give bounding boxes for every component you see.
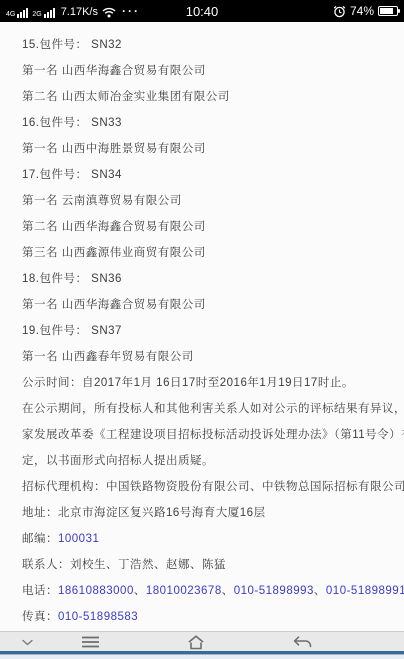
window-edge-strip bbox=[0, 654, 404, 659]
doc-line: 第一名 山西华海鑫合贸易有限公司 bbox=[22, 58, 404, 84]
doc-text: 、 bbox=[134, 585, 146, 597]
doc-line: 18.包件号： SN36 bbox=[22, 266, 404, 292]
signal-bars-icon: 2G bbox=[32, 8, 54, 18]
doc-text: 17.包件号： SN34 bbox=[22, 169, 122, 181]
doc-text: 、 bbox=[222, 585, 234, 597]
battery-percent-label: 74% bbox=[350, 4, 374, 18]
doc-text: 第一名 山西中海胜景贸易有限公司 bbox=[22, 143, 206, 155]
doc-text: 在公示期间，所有投标人和其他利害关系人如对公示的评标结果有异议，可按照国 bbox=[22, 403, 404, 415]
doc-line: 第一名 山西华海鑫合贸易有限公司 bbox=[22, 292, 404, 318]
doc-text: 招标代理机构：中国铁路物资股份有限公司、中铁物总国际招标有限公司 bbox=[22, 481, 404, 493]
doc-text: 第一名 山西鑫春年贸易有限公司 bbox=[22, 351, 194, 363]
doc-text: 第二名 山西华海鑫合贸易有限公司 bbox=[22, 221, 206, 233]
doc-text: 第二名 山西太师冶金实业集团有限公司 bbox=[22, 91, 230, 103]
doc-text: 19.包件号： SN37 bbox=[22, 325, 122, 337]
doc-text: 家发展改革委《工程建设项目招标投标活动投诉处理办法》（第11号令）有关规 bbox=[22, 429, 404, 441]
status-right: 74% bbox=[333, 4, 404, 18]
home-icon[interactable] bbox=[184, 632, 208, 652]
doc-text: 邮编： bbox=[22, 533, 58, 545]
browser-nav-bar bbox=[0, 631, 404, 651]
doc-line: 第一名 云南滇尊贸易有限公司 bbox=[22, 188, 404, 214]
collapse-chevron-icon[interactable] bbox=[18, 632, 36, 652]
menu-icon[interactable] bbox=[78, 632, 102, 652]
sim2-network-label: 2G bbox=[32, 11, 41, 18]
doc-text: 第一名 山西华海鑫合贸易有限公司 bbox=[22, 65, 206, 77]
status-left: 4G 2G 7.17K/s ··· bbox=[0, 4, 333, 18]
doc-line: 传真：010-51898583 bbox=[22, 604, 404, 630]
doc-text: 第一名 云南滇尊贸易有限公司 bbox=[22, 195, 182, 207]
doc-text: 传真： bbox=[22, 611, 58, 623]
doc-text: 16.包件号： SN33 bbox=[22, 117, 122, 129]
doc-text: 第三名 山西鑫源伟业商贸有限公司 bbox=[22, 247, 206, 259]
doc-line: 第二名 山西太师冶金实业集团有限公司 bbox=[22, 84, 404, 110]
doc-line: 地址：北京市海淀区复兴路16号海育大厦16层 bbox=[22, 500, 404, 526]
doc-text: 电话： bbox=[22, 585, 58, 597]
doc-text: 18.包件号： SN36 bbox=[22, 273, 122, 285]
battery-icon bbox=[378, 6, 398, 16]
network-speed-label: 7.17K/s bbox=[61, 6, 98, 18]
phone-link[interactable]: 18010023678 bbox=[146, 585, 222, 597]
doc-line: 邮编：100031 bbox=[22, 526, 404, 552]
status-bar: 4G 2G 7.17K/s ··· 10:40 bbox=[0, 0, 404, 22]
doc-text: 地址：北京市海淀区复兴路16号海育大厦16层 bbox=[22, 507, 266, 519]
doc-line: 第一名 山西鑫春年贸易有限公司 bbox=[22, 344, 404, 370]
doc-line: 第一名 山西中海胜景贸易有限公司 bbox=[22, 136, 404, 162]
doc-line: 电话：18610883000、18010023678、010-51898993、… bbox=[22, 578, 404, 604]
fax-link[interactable]: 010-51898583 bbox=[58, 611, 138, 623]
doc-line: 定，以书面形式向招标人提出质疑。 bbox=[22, 448, 404, 474]
phone-link[interactable]: 18610883000 bbox=[58, 585, 134, 597]
doc-line: 在公示期间，所有投标人和其他利害关系人如对公示的评标结果有异议，可按照国 bbox=[22, 396, 404, 422]
doc-line: 家发展改革委《工程建设项目招标投标活动投诉处理办法》（第11号令）有关规 bbox=[22, 422, 404, 448]
doc-text: 15.包件号： SN32 bbox=[22, 39, 122, 51]
postal-code-link[interactable]: 100031 bbox=[58, 533, 99, 545]
doc-text: 公示时间：自2017年1月 16日17时至2016年1月19日17时止。 bbox=[22, 377, 354, 389]
doc-line: 公示时间：自2017年1月 16日17时至2016年1月19日17时止。 bbox=[22, 370, 404, 396]
doc-text: 定，以书面形式向招标人提出质疑。 bbox=[22, 455, 214, 467]
doc-line: 第三名 山西鑫源伟业商贸有限公司 bbox=[22, 240, 404, 266]
doc-line: 第二名 山西华海鑫合贸易有限公司 bbox=[22, 214, 404, 240]
doc-line: 联系人：刘校生、丁浩然、赵娜、陈猛 bbox=[22, 552, 404, 578]
doc-text: 第一名 山西华海鑫合贸易有限公司 bbox=[22, 299, 206, 311]
doc-line: 17.包件号： SN34 bbox=[22, 162, 404, 188]
doc-line: 15.包件号： SN32 bbox=[22, 32, 404, 58]
doc-text: 、 bbox=[314, 585, 326, 597]
signal-bars-icon: 4G bbox=[6, 8, 28, 18]
wifi-icon bbox=[102, 7, 116, 18]
notification-overflow-icon: ··· bbox=[122, 4, 140, 18]
alarm-clock-icon bbox=[333, 5, 346, 18]
sim1-network-label: 4G bbox=[6, 11, 15, 18]
document-view: 15.包件号： SN32第一名 山西华海鑫合贸易有限公司第二名 山西太师冶金实业… bbox=[0, 22, 404, 631]
back-icon[interactable] bbox=[290, 632, 314, 652]
doc-text: 联系人：刘校生、丁浩然、赵娜、陈猛 bbox=[22, 559, 226, 571]
doc-line: 19.包件号： SN37 bbox=[22, 318, 404, 344]
doc-line: 16.包件号： SN33 bbox=[22, 110, 404, 136]
doc-line: 招标代理机构：中国铁路物资股份有限公司、中铁物总国际招标有限公司 bbox=[22, 474, 404, 500]
phone-screen: 4G 2G 7.17K/s ··· 10:40 bbox=[0, 0, 404, 659]
phone-link[interactable]: 010-51898993 bbox=[234, 585, 314, 597]
phone-link[interactable]: 010-51898991 bbox=[326, 585, 404, 597]
